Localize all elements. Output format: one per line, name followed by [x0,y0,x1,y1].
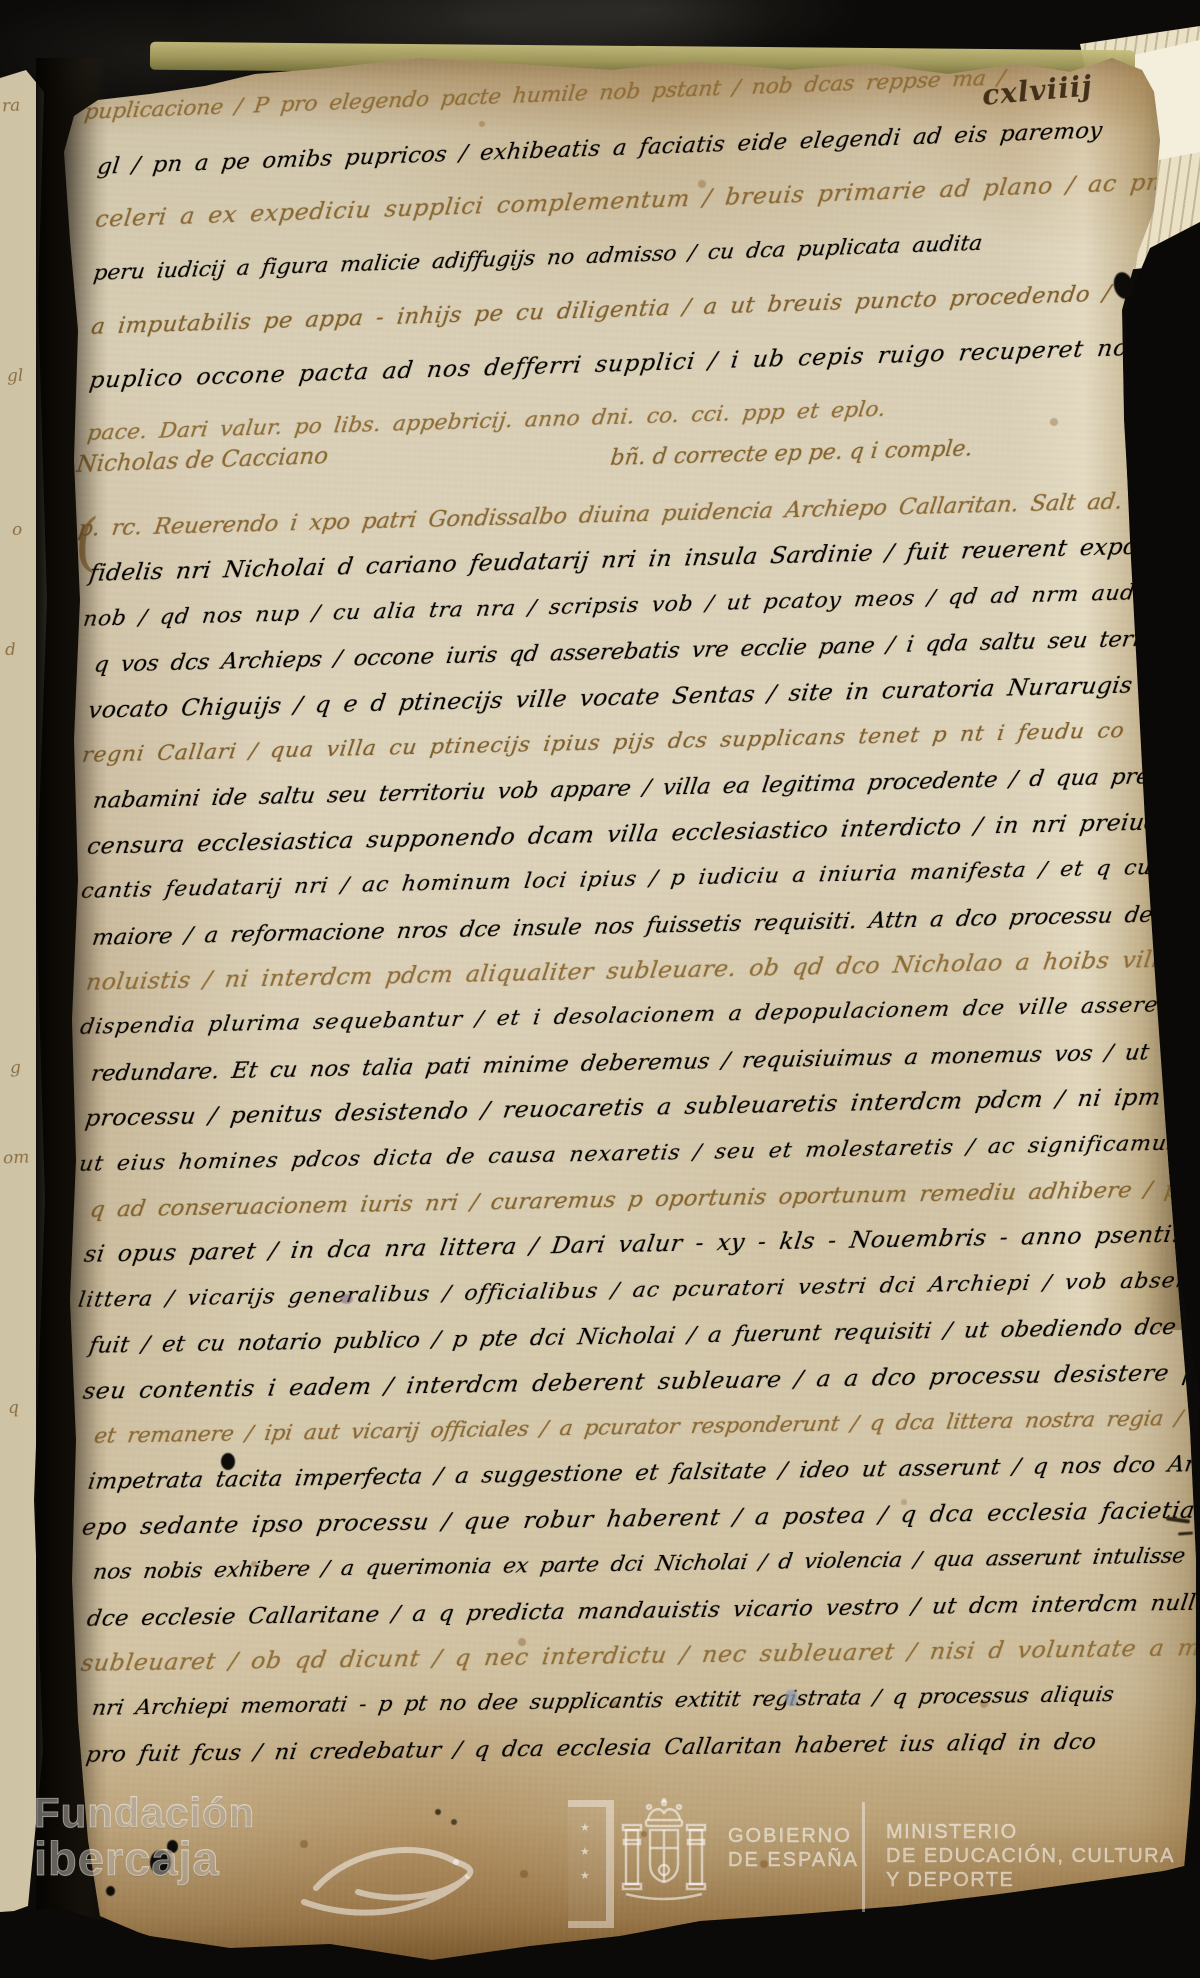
previous-page-text-fragment: gl [6,366,23,387]
star-icon: ★ [580,1869,590,1882]
watermark-gobierno: ★ ★ ★ GOBIERNO DE ESPAÑA [560,1796,1200,1924]
ibercaja-swoosh-icon [296,1826,491,1936]
star-icon: ★ [580,1821,590,1834]
ink-smudge [340,1294,353,1304]
gobierno-label: GOBIERNO DE ESPAÑA [728,1824,859,1872]
previous-page-text-fragment: q [7,1398,19,1419]
ink-fleck-blue [786,1690,797,1706]
manuscript-page: cxlviiij puplicacione / P pro elegendo p… [0,0,1200,1978]
previous-page-text-fragment: o [11,520,22,541]
gobierno-bracket-icon: ★ ★ ★ [568,1800,614,1928]
ministerio-line3: Y DEPORTE [886,1868,1175,1892]
paper-specks [0,0,4,4]
ministerio-label: MINISTERIO DE EDUCACIÓN, CULTURA Y DEPOR… [886,1820,1175,1892]
watermark-ibercaja: Fundación ibercaja [34,1792,255,1883]
ministerio-line1: MINISTERIO [886,1820,1175,1844]
ibercaja-line1: Fundación [34,1792,255,1835]
star-icon: ★ [580,1845,590,1858]
previous-page-text-fragment: ra [1,96,20,117]
gobierno-line2: DE ESPAÑA [728,1848,859,1872]
previous-page-text-fragment: g [9,1058,21,1079]
ministerio-line2: DE EDUCACIÓN, CULTURA [886,1844,1175,1868]
ibercaja-line2: ibercaja [34,1835,255,1883]
previous-page-text-fragment: d [4,640,16,661]
gutter-shadow [36,58,108,1940]
wormhole [106,1886,115,1896]
previous-page-text-fragment: om [2,1147,29,1168]
spain-coat-of-arms-icon [618,1796,710,1908]
wormhole [221,1453,235,1470]
manuscript-photo: raglodgomq cxlviiij puplicacione / P pro… [0,0,1200,1978]
watermark-divider [862,1802,865,1912]
gobierno-line1: GOBIERNO [728,1824,859,1848]
